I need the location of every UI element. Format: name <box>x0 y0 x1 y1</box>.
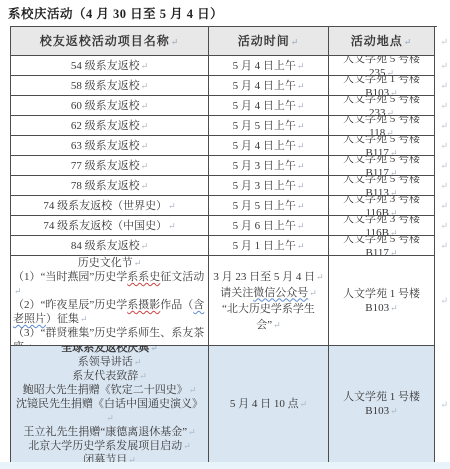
text-segment: 5 月 3 日上午 <box>233 160 296 172</box>
row-location-cell: 人文学苑 5 号楼 118↵ <box>329 116 435 136</box>
row-time-cell: 5 月 3 日上午↵ <box>209 176 329 196</box>
text-segment: 74 级系友返校（中国史） <box>43 220 167 232</box>
text-line: 沈镜民先生捐赠《白话中国通史演义》↵ <box>13 397 206 425</box>
row-time-cell: 5 月 6 日上午↵ <box>209 216 329 236</box>
return-mark: ↵ <box>141 121 149 131</box>
table-row: 78 级系友返校↵5 月 3 日上午↵人文学苑 5 号楼 B113↵↵ <box>11 176 437 196</box>
row-location-cell: 人文学苑 5 号楼 B117↵ <box>329 236 435 256</box>
table-row: 63 级系友返校↵5 月 4 日上午↵人文学苑 5 号楼 B117↵↵ <box>11 136 437 156</box>
row-location-cell: 人文学苑 5 号楼 235↵ <box>329 56 435 76</box>
row-end-mark: ↵ <box>440 296 448 307</box>
row-end-mark: ↵ <box>440 36 448 47</box>
row-time-cell: 5 月 4 日上午↵ <box>209 56 329 76</box>
text-segment: 5 月 6 日上午 <box>233 220 296 232</box>
text-line: 5 月 5 日上午↵ <box>233 199 305 213</box>
text-line: 5 月 1 日上午↵ <box>233 239 305 253</box>
text-segment: 沈镜民先生捐赠《白话中国通史演义》 <box>16 398 203 410</box>
row-end-mark: ↵ <box>440 201 448 212</box>
activities-table: 校友返校活动项目名称↵活动时间↵活动地点↵↵ 54 级系友返校↵5 月 4 日上… <box>10 26 437 463</box>
row-name-cell: 84 级系友返校↵ <box>11 236 209 256</box>
text-segment: 人文学苑 1 号楼 B103 <box>343 391 420 417</box>
return-mark: ↵ <box>316 272 324 282</box>
row-end-mark: ↵ <box>440 241 448 252</box>
text-line: 5 月 3 日上午↵ <box>233 179 305 193</box>
text-segment: 活动时间 <box>238 34 290 48</box>
row-name-cell: 54 级系友返校↵ <box>11 56 209 76</box>
text-line: 人文学苑 1 号楼 B103↵ <box>331 287 432 315</box>
return-mark: ↵ <box>297 161 305 171</box>
return-mark: ↵ <box>300 399 308 409</box>
return-mark: ↵ <box>141 101 149 111</box>
row-name-cell: 74 级系友返校（世界史）↵ <box>11 196 209 216</box>
return-mark: ↵ <box>150 346 158 353</box>
table-row: 74 级系友返校（中国史）↵5 月 6 日上午↵人文学苑 3 号楼 116B↵↵ <box>11 216 437 236</box>
return-mark: ↵ <box>141 241 149 251</box>
text-line: 人文学苑 5 号楼 B117↵ <box>331 136 432 156</box>
text-line: 历史文化节↵ <box>13 256 206 270</box>
row-end-mark: ↵ <box>440 399 448 410</box>
row-name-cell: 77 级系友返校↵ <box>11 156 209 176</box>
row-time-cell: 5 月 5 日上午↵ <box>209 196 329 216</box>
return-mark: ↵ <box>390 188 398 197</box>
festival-time-lines: 3 月 23 日至 5 月 4 日↵请关注微信公众号↵“北大历史学系学生会”↵ <box>211 269 326 333</box>
row-time-cell: 5 月 4 日上午↵ <box>209 136 329 156</box>
text-segment: 74 级系友返校（世界史） <box>43 200 167 212</box>
text-segment: 人文学苑 5 号楼 118 <box>343 116 420 136</box>
text-segment: 5 月 5 日上午 <box>233 200 296 212</box>
text-line: 74 级系友返校（中国史）↵ <box>43 219 175 233</box>
table-row: 58 级系友返校↵5 月 4 日上午↵人文学苑 1 号楼 B103↵↵ <box>11 76 437 96</box>
text-segment: 60 级系友返校 <box>71 100 140 112</box>
row-location-cell: 人文学苑 3 号楼 116B↵ <box>329 216 435 236</box>
text-line: 5 月 4 日上午↵ <box>233 139 305 153</box>
text-line: 北京大学历史学系发展项目启动↵ <box>13 439 206 453</box>
row-name-cell: 63 级系友返校↵ <box>11 136 209 156</box>
text-line: （2）“昨夜星辰”历史学系摄影作品（含老照片）征集↵ <box>13 298 206 326</box>
text-line: 王立礼先生捐赠“康德离退休基金”↵ <box>13 425 206 439</box>
text-line: 人文学苑 1 号楼 B103↵ <box>331 76 432 96</box>
text-segment: 请关注 <box>220 287 253 299</box>
ceremony-name-cell: 全球系友返校庆典↵系领导讲话↵系友代表致辞↵鲍昭大先生捐赠《钦定二十四史》↵沈镜… <box>11 346 209 463</box>
return-mark: ↵ <box>141 81 149 91</box>
text-line: 人文学苑 5 号楼 235↵ <box>331 56 432 76</box>
text-segment: 作品（ <box>160 299 193 311</box>
text-segment: 历史文化节 <box>78 257 133 269</box>
text-line: （1）“当时燕园”历史学系系史征文活动↵ <box>13 270 206 298</box>
return-mark: ↵ <box>273 320 281 330</box>
row-end-mark: ↵ <box>440 81 448 92</box>
table-row: 54 级系友返校↵5 月 4 日上午↵人文学苑 5 号楼 235↵↵ <box>11 56 437 76</box>
text-segment: 3 月 23 日至 5 月 4 日 <box>213 271 315 283</box>
text-segment: 5 月 4 日 10 点 <box>230 398 299 410</box>
return-mark: ↵ <box>297 221 305 231</box>
return-mark: ↵ <box>386 108 394 117</box>
text-line: “北大历史学系学生会”↵ <box>211 301 326 333</box>
return-mark: ↵ <box>189 385 197 395</box>
text-segment: 人文学苑 1 号楼 B103 <box>343 288 420 314</box>
text-line: 5 月 3 日上午↵ <box>233 159 305 173</box>
return-mark: ↵ <box>390 406 398 416</box>
row-end-mark: ↵ <box>440 101 448 112</box>
text-segment: 校友返校活动项目名称 <box>40 34 170 48</box>
return-mark: ↵ <box>390 228 398 237</box>
text-line: 校友返校活动项目名称↵ <box>40 34 180 49</box>
ceremony-location-cell: 人文学苑 1 号楼 B103↵ <box>329 346 435 463</box>
festival-location-cell: 人文学苑 1 号楼 B103↵ <box>329 256 435 346</box>
text-segment: 5 月 4 日上午 <box>233 80 296 92</box>
text-line: 5 月 6 日上午↵ <box>233 219 305 233</box>
text-line: 人文学苑 3 号楼 116B↵ <box>331 196 432 216</box>
return-mark: ↵ <box>297 61 305 71</box>
row-location-cell: 人文学苑 5 号楼 233↵ <box>329 96 435 116</box>
text-segment: 人文学苑 5 号楼 233 <box>343 96 420 116</box>
text-line: 人文学苑 5 号楼 B117↵ <box>331 156 432 176</box>
text-segment: 鲍昭大先生捐赠《钦定二十四史》 <box>23 384 188 396</box>
text-line: （3）“群贤雅集”历史学系师生、系友茶座↵ <box>13 326 206 346</box>
header-cell-2: 活动地点↵ <box>329 27 435 56</box>
text-segment: （3）“群贤雅集”历史学系师生、系友茶座 <box>13 327 204 346</box>
return-mark: ↵ <box>297 121 305 131</box>
text-line: 人文学苑 5 号楼 B113↵ <box>331 176 432 196</box>
bottom-strip <box>0 462 450 469</box>
text-line: 系领导讲话↵ <box>13 355 206 369</box>
row-end-mark: ↵ <box>440 61 448 72</box>
text-line: 鲍昭大先生捐赠《钦定二十四史》↵ <box>13 383 206 397</box>
header-cell-0: 校友返校活动项目名称↵ <box>11 27 209 56</box>
text-segment: 62 级系友返校 <box>71 120 140 132</box>
text-line: 5 月 4 日 10 点↵ <box>230 397 307 411</box>
return-mark: ↵ <box>106 413 114 423</box>
text-segment: 54 级系友返校 <box>71 60 140 72</box>
text-segment: ）征集 <box>46 313 79 325</box>
return-mark: ↵ <box>297 101 305 111</box>
text-segment: 活动地点 <box>351 34 403 48</box>
spellcheck-red-underline: 系系史 <box>127 271 160 283</box>
text-line: 全球系友返校庆典↵ <box>13 346 206 355</box>
table-body: 54 级系友返校↵5 月 4 日上午↵人文学苑 5 号楼 235↵↵58 级系友… <box>11 56 437 463</box>
text-line: 74 级系友返校（世界史）↵ <box>43 199 175 213</box>
row-location-cell: 人文学苑 5 号楼 B117↵ <box>329 136 435 156</box>
text-segment: 人文学苑 5 号楼 B117 <box>343 236 420 256</box>
return-mark: ↵ <box>171 37 180 47</box>
return-mark: ↵ <box>297 201 305 211</box>
return-mark: ↵ <box>390 248 398 257</box>
return-mark: ↵ <box>297 241 305 251</box>
text-line: 活动时间↵ <box>238 34 300 49</box>
text-segment: 系友代表致辞 <box>72 370 138 382</box>
text-line: 58 级系友返校↵ <box>71 79 148 93</box>
text-segment: 5 月 4 日上午 <box>233 100 296 112</box>
return-mark: ↵ <box>139 371 147 381</box>
return-mark: ↵ <box>309 288 317 298</box>
text-segment: 5 月 1 日上午 <box>233 240 296 252</box>
festival-row: 历史文化节↵（1）“当时燕园”历史学系系史征文活动↵（2）“昨夜星辰”历史学系摄… <box>11 256 437 346</box>
return-mark: ↵ <box>80 314 88 324</box>
return-mark: ↵ <box>168 221 176 231</box>
text-line: 77 级系友返校↵ <box>71 159 148 173</box>
festival-name-cell: 历史文化节↵（1）“当时燕园”历史学系系史征文活动↵（2）“昨夜星辰”历史学系摄… <box>11 256 209 346</box>
text-segment: 63 级系友返校 <box>71 140 140 152</box>
text-line: 人文学苑 3 号楼 116B↵ <box>331 216 432 236</box>
row-name-cell: 60 级系友返校↵ <box>11 96 209 116</box>
text-line: 系友代表致辞↵ <box>13 369 206 383</box>
text-segment: “北大历史学系学生会” <box>222 303 315 331</box>
return-mark: ↵ <box>141 181 149 191</box>
ceremony-time-cell: 5 月 4 日 10 点↵ <box>209 346 329 463</box>
spellcheck-red-underline: 系摄影 <box>127 299 160 311</box>
text-segment: 人文学苑 1 号楼 B103 <box>343 76 420 96</box>
row-time-cell: 5 月 3 日上午↵ <box>209 156 329 176</box>
row-time-cell: 5 月 5 日上午↵ <box>209 116 329 136</box>
text-line: 人文学苑 5 号楼 233↵ <box>331 96 432 116</box>
text-line: 3 月 23 日至 5 月 4 日↵ <box>211 269 326 285</box>
table-row: 84 级系友返校↵5 月 1 日上午↵人文学苑 5 号楼 B117↵↵ <box>11 236 437 256</box>
text-line: 5 月 4 日上午↵ <box>233 59 305 73</box>
row-end-mark: ↵ <box>440 181 448 192</box>
text-line: 人文学苑 1 号楼 B103↵ <box>331 390 432 418</box>
text-segment: 58 级系友返校 <box>71 80 140 92</box>
return-mark: ↵ <box>141 141 149 151</box>
return-mark: ↵ <box>390 303 398 313</box>
row-name-cell: 74 级系友返校（中国史）↵ <box>11 216 209 236</box>
return-mark: ↵ <box>14 286 22 296</box>
row-time-cell: 5 月 4 日上午↵ <box>209 76 329 96</box>
text-line: 5 月 4 日上午↵ <box>233 99 305 113</box>
return-mark: ↵ <box>134 258 142 268</box>
table-row: 77 级系友返校↵5 月 3 日上午↵人文学苑 5 号楼 B117↵↵ <box>11 156 437 176</box>
return-mark: ↵ <box>168 201 176 211</box>
text-segment: 人文学苑 5 号楼 B117 <box>343 156 420 176</box>
text-segment: 5 月 4 日上午 <box>233 140 296 152</box>
text-segment: 征文活动 <box>160 271 204 283</box>
text-segment: 北京大学历史学系发展项目启动 <box>28 440 182 452</box>
text-line: 5 月 5 日上午↵ <box>233 119 305 133</box>
row-name-cell: 62 级系友返校↵ <box>11 116 209 136</box>
return-mark: ↵ <box>141 61 149 71</box>
text-line: 78 级系友返校↵ <box>71 179 148 193</box>
text-line: 84 级系友返校↵ <box>71 239 148 253</box>
row-name-cell: 58 级系友返校↵ <box>11 76 209 96</box>
text-segment: 84 级系友返校 <box>71 240 140 252</box>
festival-time-cell: 3 月 23 日至 5 月 4 日↵请关注微信公众号↵“北大历史学系学生会”↵ <box>209 256 329 346</box>
festival-items: 历史文化节↵（1）“当时燕园”历史学系系史征文活动↵（2）“昨夜星辰”历史学系摄… <box>13 256 206 346</box>
text-segment: 人文学苑 3 号楼 116B <box>343 216 420 236</box>
row-location-cell: 人文学苑 1 号楼 B103↵ <box>329 76 435 96</box>
return-mark: ↵ <box>141 161 149 171</box>
return-mark: ↵ <box>297 181 305 191</box>
return-mark: ↵ <box>386 68 394 77</box>
text-line: 5 月 4 日上午↵ <box>233 79 305 93</box>
text-line: 54 级系友返校↵ <box>71 59 148 73</box>
text-segment: 人文学苑 5 号楼 B117 <box>343 136 420 156</box>
row-time-cell: 5 月 1 日上午↵ <box>209 236 329 256</box>
return-mark: ↵ <box>188 427 196 437</box>
row-end-mark: ↵ <box>440 141 448 152</box>
row-end-mark: ↵ <box>440 221 448 232</box>
return-mark: ↵ <box>134 357 142 367</box>
text-segment: 5 月 5 日上午 <box>233 120 296 132</box>
text-segment: 系领导讲话 <box>78 356 133 368</box>
return-mark: ↵ <box>291 37 300 47</box>
text-segment: 人文学苑 3 号楼 116B <box>343 196 420 216</box>
text-line: 人文学苑 5 号楼 B117↵ <box>331 236 432 256</box>
return-mark: ↵ <box>404 37 413 47</box>
text-segment: （1）“当时燕园”历史学 <box>13 271 127 283</box>
return-mark: ↵ <box>390 88 398 97</box>
text-segment: 5 月 3 日上午 <box>233 180 296 192</box>
text-segment: 人文学苑 5 号楼 B113 <box>343 176 420 196</box>
spellcheck-blue-underline: 微信公众号 <box>253 287 308 299</box>
ceremony-items: 全球系友返校庆典↵系领导讲话↵系友代表致辞↵鲍昭大先生捐赠《钦定二十四史》↵沈镜… <box>13 346 206 463</box>
text-line: 62 级系友返校↵ <box>71 119 148 133</box>
row-time-cell: 5 月 4 日上午↵ <box>209 96 329 116</box>
row-end-mark: ↵ <box>440 121 448 132</box>
return-mark: ↵ <box>297 141 305 151</box>
return-mark: ↵ <box>390 208 398 217</box>
ceremony-row: 全球系友返校庆典↵系领导讲话↵系友代表致辞↵鲍昭大先生捐赠《钦定二十四史》↵沈镜… <box>11 346 437 463</box>
table-row: 62 级系友返校↵5 月 5 日上午↵人文学苑 5 号楼 118↵↵ <box>11 116 437 136</box>
return-mark: ↵ <box>390 168 398 177</box>
table-row: 74 级系友返校（世界史）↵5 月 5 日上午↵人文学苑 3 号楼 116B↵↵ <box>11 196 437 216</box>
return-mark: ↵ <box>386 128 394 137</box>
row-location-cell: 人文学苑 3 号楼 116B↵ <box>329 196 435 216</box>
row-end-mark: ↵ <box>440 161 448 172</box>
text-segment: 王立礼先生捐赠“康德离退休基金” <box>23 426 187 438</box>
table-header-row: 校友返校活动项目名称↵活动时间↵活动地点↵↵ <box>11 27 437 56</box>
text-segment: 78 级系友返校 <box>71 180 140 192</box>
text-line: 63 级系友返校↵ <box>71 139 148 153</box>
text-segment: 77 级系友返校 <box>71 160 140 172</box>
row-location-cell: 人文学苑 5 号楼 B113↵ <box>329 176 435 196</box>
table-row: 60 级系友返校↵5 月 4 日上午↵人文学苑 5 号楼 233↵↵ <box>11 96 437 116</box>
text-segment: （2）“昨夜星辰”历史学 <box>13 299 127 311</box>
text-segment: 全球系友返校庆典 <box>61 346 149 354</box>
text-line: 请关注微信公众号↵ <box>211 285 326 301</box>
text-line: 人文学苑 5 号楼 118↵ <box>331 116 432 136</box>
page-title: 系校庆活动（4 月 30 日至 5 月 4 日） <box>8 4 223 22</box>
text-segment: 人文学苑 5 号楼 235 <box>343 56 420 76</box>
text-segment: 5 月 4 日上午 <box>233 60 296 72</box>
text-line: 活动地点↵ <box>351 34 413 49</box>
return-mark: ↵ <box>297 81 305 91</box>
row-name-cell: 78 级系友返校↵ <box>11 176 209 196</box>
return-mark: ↵ <box>183 441 191 451</box>
row-location-cell: 人文学苑 5 号楼 B117↵ <box>329 156 435 176</box>
header-cell-1: 活动时间↵ <box>209 27 329 56</box>
text-line: 60 级系友返校↵ <box>71 99 148 113</box>
return-mark: ↵ <box>390 148 398 157</box>
